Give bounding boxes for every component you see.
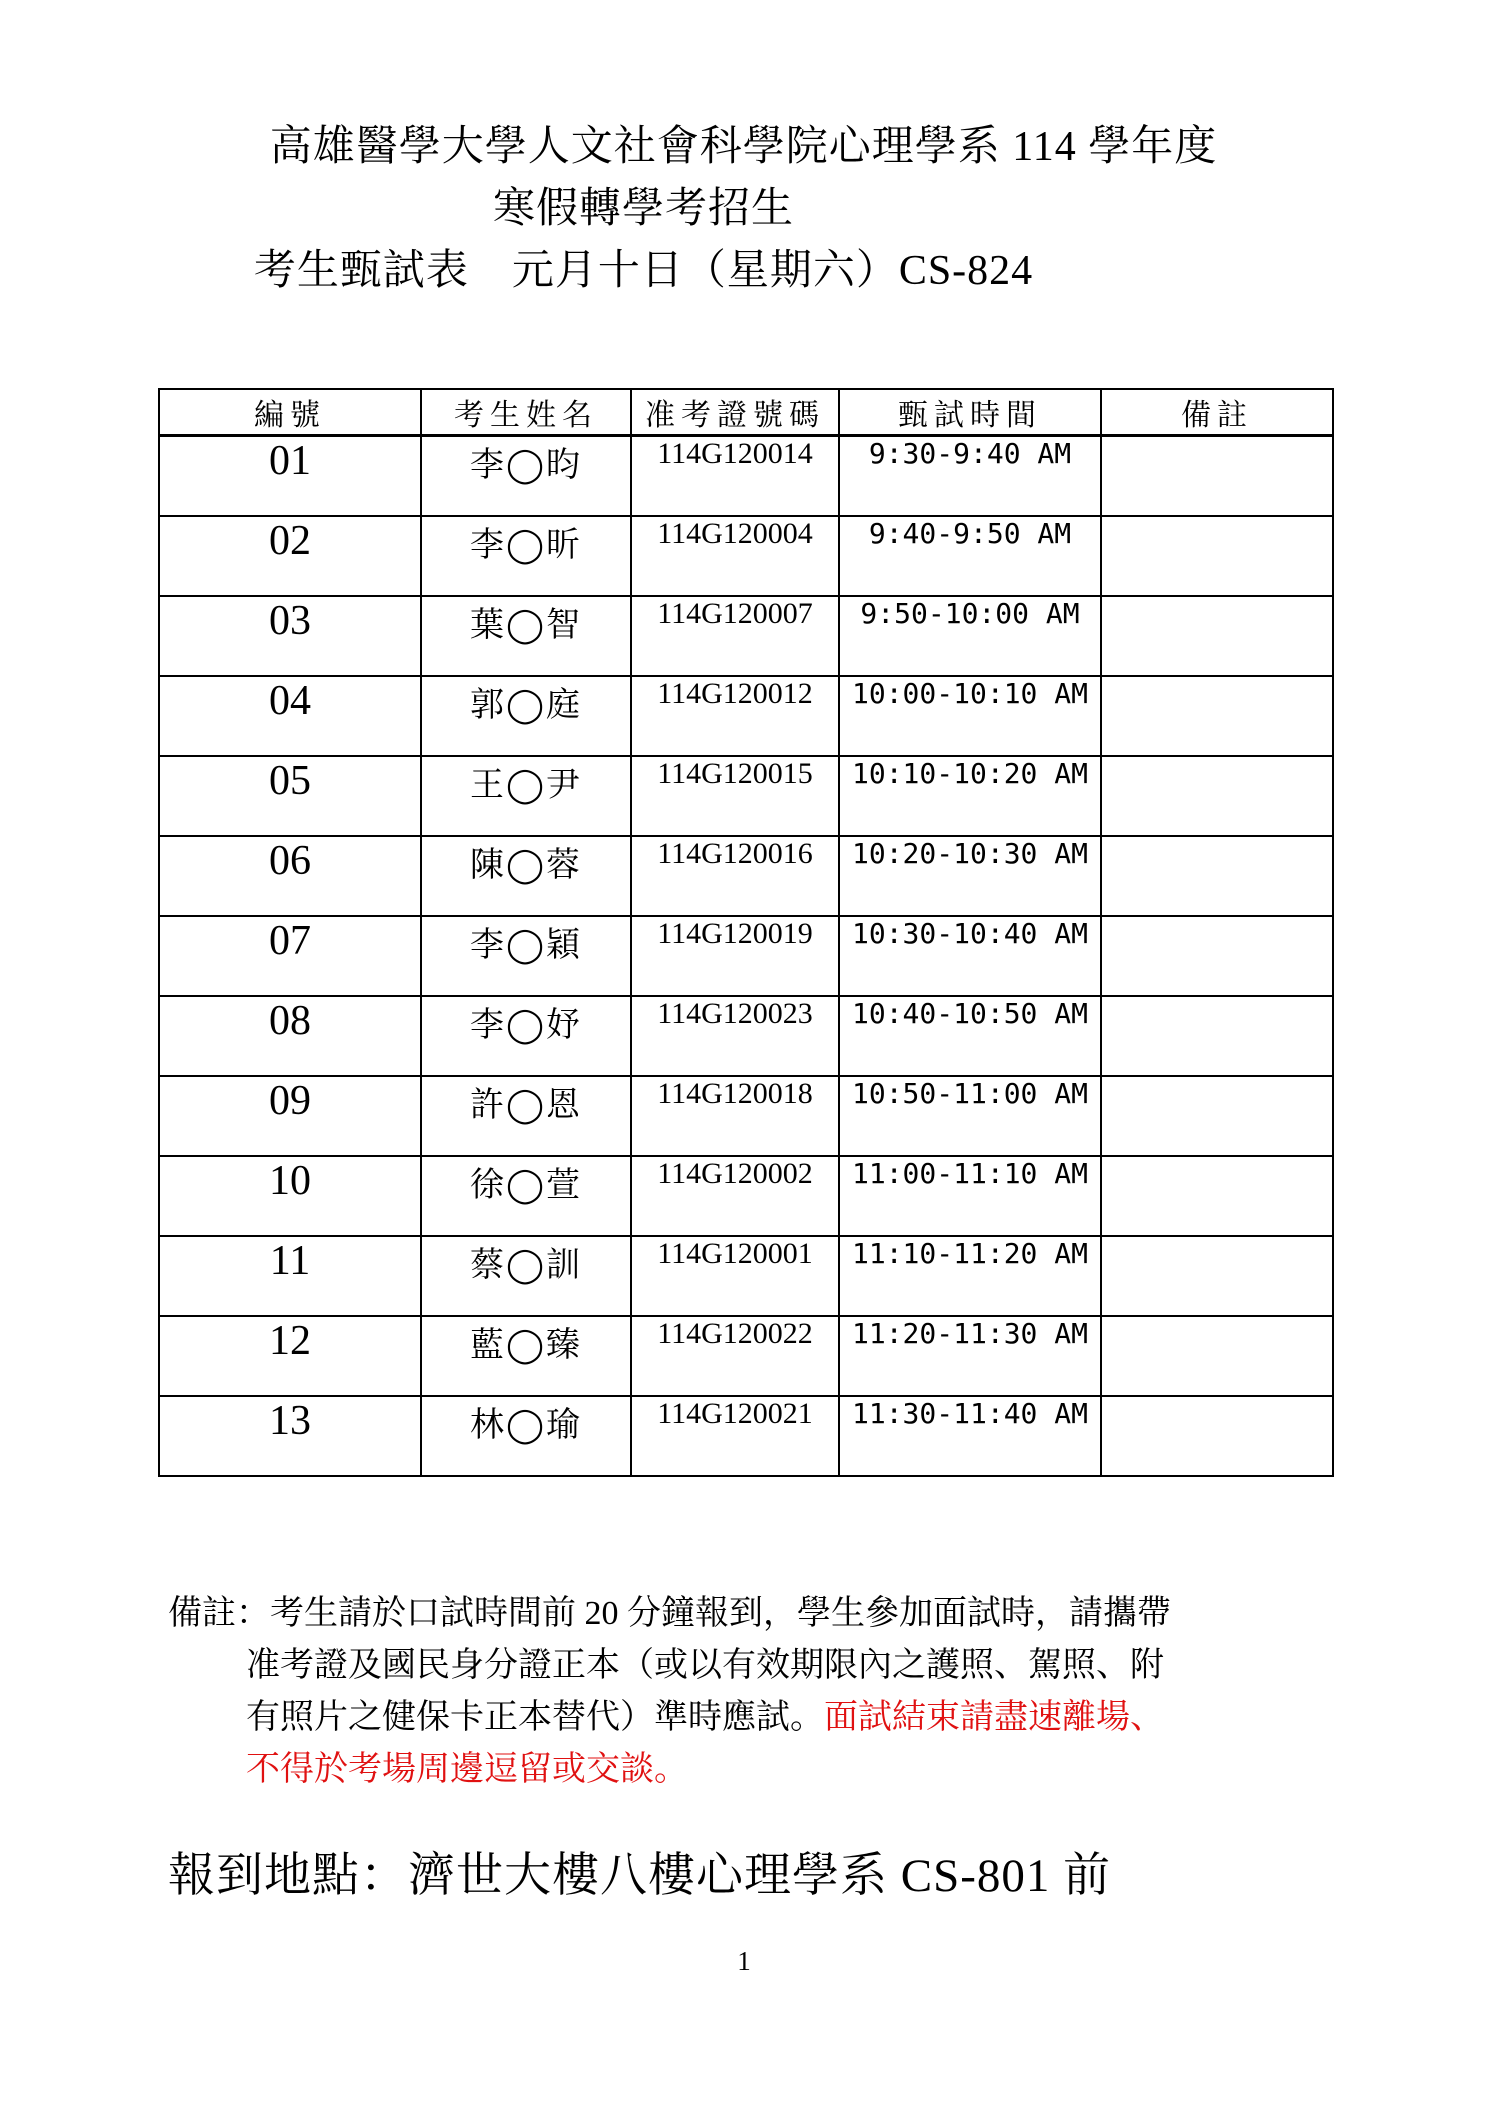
ticket-number-cell: 114G120015 (631, 756, 839, 836)
candidate-name-cell: 徐◯萱 (421, 1156, 631, 1236)
table-header-row: 編號 考生姓名 准考證號碼 甄試時間 備註 (159, 389, 1333, 436)
remark-line: 有照片之健保卡正本替代）準時應試。面試結束請盡速離場、 (168, 1692, 1268, 1744)
candidate-name-cell: 藍◯臻 (421, 1316, 631, 1396)
ticket-number-cell: 114G120021 (631, 1396, 839, 1476)
row-number-cell: 13 (159, 1396, 421, 1476)
remark-text-black: 准考證及國民身分證正本（或以有效期限內之護照、駕照、附 (246, 1647, 1164, 1684)
interview-time-cell: 10:40-10:50 AM (839, 996, 1101, 1076)
candidate-name-cell: 王◯尹 (421, 756, 631, 836)
table-row: 11蔡◯訓114G12000111:10-11:20 AM (159, 1236, 1333, 1316)
header-ticket-number: 准考證號碼 (631, 389, 839, 436)
remark-cell (1101, 756, 1333, 836)
interview-time-cell: 10:30-10:40 AM (839, 916, 1101, 996)
row-number-cell: 07 (159, 916, 421, 996)
row-number-cell: 03 (159, 596, 421, 676)
title-block: 高雄醫學大學人文社會科學院心理學系 114 學年度 寒假轉學考招生 考生甄試表 … (86, 116, 1401, 302)
ticket-number-cell: 114G120016 (631, 836, 839, 916)
interview-time-cell: 11:00-11:10 AM (839, 1156, 1101, 1236)
row-number-cell: 09 (159, 1076, 421, 1156)
candidate-name-cell: 林◯瑜 (421, 1396, 631, 1476)
ticket-number-cell: 114G120023 (631, 996, 839, 1076)
remark-line: 備註：考生請於口試時間前 20 分鐘報到，學生參加面試時，請攜帶 (168, 1588, 1268, 1640)
title-line-3: 考生甄試表 元月十日（星期六）CS-824 (0, 240, 1301, 302)
row-number-cell: 01 (159, 436, 421, 517)
table-row: 05王◯尹114G12001510:10-10:20 AM (159, 756, 1333, 836)
interview-time-cell: 9:30-9:40 AM (839, 436, 1101, 517)
table-row: 03葉◯智114G1200079:50-10:00 AM (159, 596, 1333, 676)
remarks-paragraph: 備註：考生請於口試時間前 20 分鐘報到，學生參加面試時，請攜帶准考證及國民身分… (168, 1588, 1268, 1796)
interview-time-cell: 10:00-10:10 AM (839, 676, 1101, 756)
row-number-cell: 05 (159, 756, 421, 836)
row-number-cell: 06 (159, 836, 421, 916)
candidate-name-cell: 葉◯智 (421, 596, 631, 676)
table-row: 13林◯瑜114G12002111:30-11:40 AM (159, 1396, 1333, 1476)
title-line-1: 高雄醫學大學人文社會科學院心理學系 114 學年度 (86, 116, 1401, 178)
candidate-name-cell: 陳◯蓉 (421, 836, 631, 916)
row-number-cell: 04 (159, 676, 421, 756)
remark-cell (1101, 916, 1333, 996)
ticket-number-cell: 114G120014 (631, 436, 839, 517)
row-number-cell: 11 (159, 1236, 421, 1316)
ticket-number-cell: 114G120019 (631, 916, 839, 996)
ticket-number-cell: 114G120004 (631, 516, 839, 596)
table-row: 09許◯恩114G12001810:50-11:00 AM (159, 1076, 1333, 1156)
candidate-name-cell: 許◯恩 (421, 1076, 631, 1156)
table-row: 07李◯穎114G12001910:30-10:40 AM (159, 916, 1333, 996)
ticket-number-cell: 114G120001 (631, 1236, 839, 1316)
row-number-cell: 10 (159, 1156, 421, 1236)
title-line-2: 寒假轉學考招生 (0, 178, 1301, 240)
report-location: 報到地點：濟世大樓八樓心理學系 CS-801 前 (168, 1838, 1111, 1905)
row-number-cell: 12 (159, 1316, 421, 1396)
remark-cell (1101, 436, 1333, 517)
candidate-schedule-table: 編號 考生姓名 准考證號碼 甄試時間 備註 01李◯昀114G1200149:3… (158, 388, 1334, 1477)
ticket-number-cell: 114G120022 (631, 1316, 839, 1396)
interview-time-cell: 9:50-10:00 AM (839, 596, 1101, 676)
table-body: 01李◯昀114G1200149:30-9:40 AM02李◯昕114G1200… (159, 436, 1333, 1477)
header-number: 編號 (159, 389, 421, 436)
table-row: 04郭◯庭114G12001210:00-10:10 AM (159, 676, 1333, 756)
table-row: 01李◯昀114G1200149:30-9:40 AM (159, 436, 1333, 517)
interview-time-cell: 11:20-11:30 AM (839, 1316, 1101, 1396)
interview-time-cell: 10:10-10:20 AM (839, 756, 1101, 836)
row-number-cell: 08 (159, 996, 421, 1076)
interview-time-cell: 10:20-10:30 AM (839, 836, 1101, 916)
remark-text-red: 不得於考場周邊逗留或交談。 (246, 1751, 688, 1788)
candidate-name-cell: 李◯昕 (421, 516, 631, 596)
header-interview-time: 甄試時間 (839, 389, 1101, 436)
candidate-name-cell: 蔡◯訓 (421, 1236, 631, 1316)
remark-cell (1101, 1396, 1333, 1476)
remark-cell (1101, 1076, 1333, 1156)
page-number: 1 (0, 1946, 1488, 1977)
interview-time-cell: 11:30-11:40 AM (839, 1396, 1101, 1476)
ticket-number-cell: 114G120007 (631, 596, 839, 676)
header-candidate-name: 考生姓名 (421, 389, 631, 436)
table-row: 12藍◯臻114G12002211:20-11:30 AM (159, 1316, 1333, 1396)
ticket-number-cell: 114G120018 (631, 1076, 839, 1156)
remark-text-black: 有照片之健保卡正本替代）準時應試。 (246, 1699, 824, 1736)
interview-time-cell: 10:50-11:00 AM (839, 1076, 1101, 1156)
remark-line: 不得於考場周邊逗留或交談。 (168, 1744, 1268, 1796)
table-row: 08李◯妤114G12002310:40-10:50 AM (159, 996, 1333, 1076)
remark-cell (1101, 516, 1333, 596)
document-page: 高雄醫學大學人文社會科學院心理學系 114 學年度 寒假轉學考招生 考生甄試表 … (0, 0, 1488, 2104)
table-row: 06陳◯蓉114G12001610:20-10:30 AM (159, 836, 1333, 916)
remark-cell (1101, 1316, 1333, 1396)
candidate-name-cell: 郭◯庭 (421, 676, 631, 756)
ticket-number-cell: 114G120002 (631, 1156, 839, 1236)
table-row: 10徐◯萱114G12000211:00-11:10 AM (159, 1156, 1333, 1236)
remark-text-black: 備註：考生請於口試時間前 20 分鐘報到，學生參加面試時，請攜帶 (168, 1595, 1171, 1632)
remark-cell (1101, 676, 1333, 756)
candidate-name-cell: 李◯妤 (421, 996, 631, 1076)
row-number-cell: 02 (159, 516, 421, 596)
table-row: 02李◯昕114G1200049:40-9:50 AM (159, 516, 1333, 596)
interview-time-cell: 9:40-9:50 AM (839, 516, 1101, 596)
remark-cell (1101, 996, 1333, 1076)
remark-cell (1101, 1156, 1333, 1236)
candidate-name-cell: 李◯昀 (421, 436, 631, 517)
header-remark: 備註 (1101, 389, 1333, 436)
remark-text-red: 面試結束請盡速離場、 (824, 1699, 1164, 1736)
remark-cell (1101, 1236, 1333, 1316)
ticket-number-cell: 114G120012 (631, 676, 839, 756)
remark-cell (1101, 836, 1333, 916)
candidate-name-cell: 李◯穎 (421, 916, 631, 996)
remark-line: 准考證及國民身分證正本（或以有效期限內之護照、駕照、附 (168, 1640, 1268, 1692)
remark-cell (1101, 596, 1333, 676)
interview-time-cell: 11:10-11:20 AM (839, 1236, 1101, 1316)
